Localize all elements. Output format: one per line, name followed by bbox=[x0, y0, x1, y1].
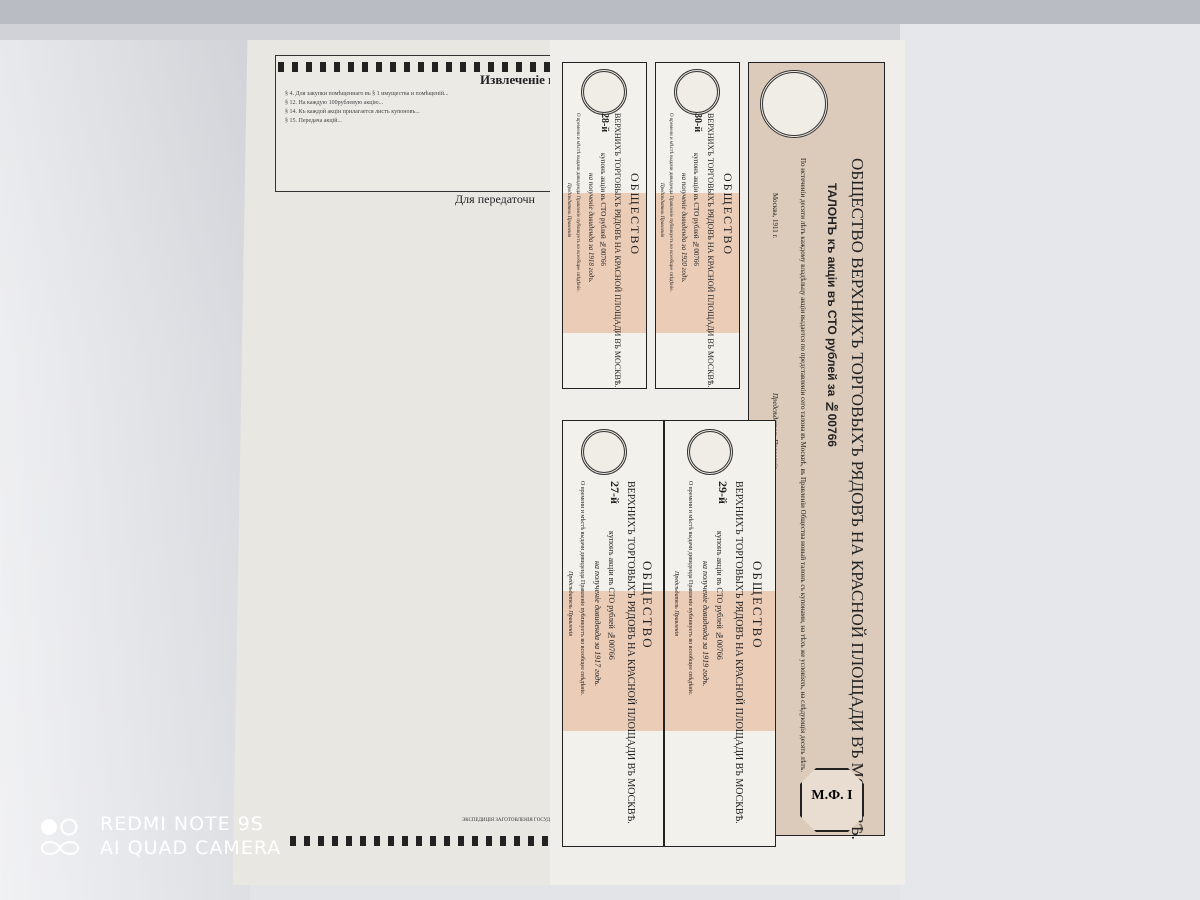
camera-watermark: REDMI NOTE 9S AI QUAD CAMERA bbox=[100, 812, 281, 860]
company-seal-icon bbox=[760, 70, 828, 138]
revenue-stamp-icon: М.Ф. I bbox=[800, 768, 864, 832]
talon-company: ОБЩЕСТВО ВЕРХНИХЪ ТОРГОВЫХЪ РЯДОВЪ НА КР… bbox=[847, 158, 867, 840]
coupon-29: ОБЩЕСТВО ВЕРХНИХЪ ТОРГОВЫХЪ РЯДОВЪ НА КР… bbox=[664, 420, 776, 847]
talon-body: По истеченіи десяти лѣтъ каждому владѣль… bbox=[799, 158, 807, 778]
ornament-border-top bbox=[278, 62, 558, 72]
talon-place-date: Москва, 1911 г. bbox=[771, 193, 779, 238]
excerpt-title: Извлеченіе из bbox=[480, 72, 561, 88]
window-sill bbox=[0, 0, 1200, 24]
talon-subtitle: ТАЛОНЪ къ акціи въ СТО рублей за №00766 bbox=[825, 183, 839, 447]
coupon-seal-icon bbox=[581, 69, 627, 115]
camera-watermark-logo-icon bbox=[38, 816, 82, 860]
coupon-28: ОБЩЕСТВО ВЕРХНИХЪ ТОРГОВЫХЪ РЯДОВЪ НА КР… bbox=[562, 62, 647, 389]
coupon-seal-icon bbox=[687, 429, 733, 475]
ornament-border-bottom bbox=[290, 836, 560, 846]
plastic-sleeve bbox=[0, 40, 250, 900]
coupon-seal-icon bbox=[581, 429, 627, 475]
excerpt-body: § 4. Для закупки помѣщеннаго въ § 1 имущ… bbox=[285, 90, 550, 126]
coupon-seal-icon bbox=[674, 69, 720, 115]
printer-imprint: ЭКСПЕДИЦІЯ ЗАГОТОВЛЕНІЯ ГОСУДАРС bbox=[462, 818, 560, 823]
coupon-30: ОБЩЕСТВО ВЕРХНИХЪ ТОРГОВЫХЪ РЯДОВЪ НА КР… bbox=[655, 62, 740, 389]
transfer-section-title: Для передаточн bbox=[455, 192, 535, 207]
background-surface bbox=[900, 24, 1200, 900]
coupon-27: ОБЩЕСТВО ВЕРХНИХЪ ТОРГОВЫХЪ РЯДОВЪ НА КР… bbox=[562, 420, 664, 847]
